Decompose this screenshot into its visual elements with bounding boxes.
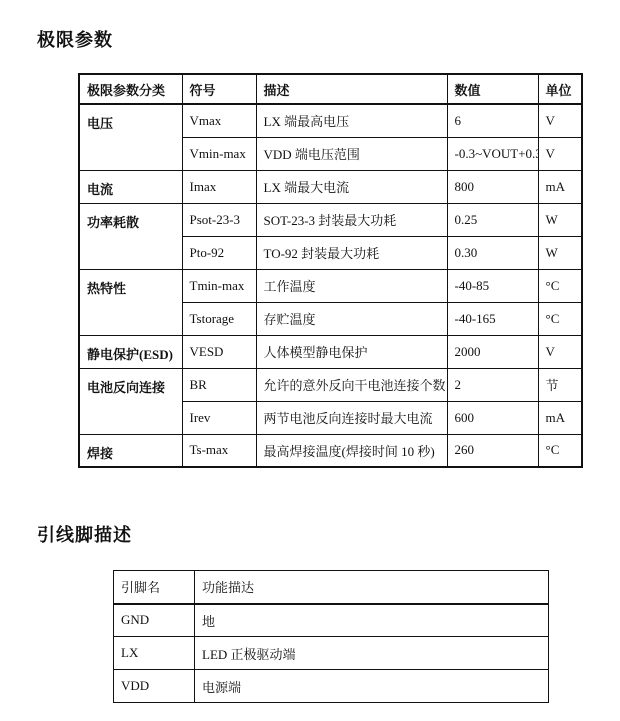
datasheet-page: 极限参数 极限参数分类 符号 描述 数值 单位 电压 Vmax LX 端最高电压… [0,0,620,721]
pin-function-cell: LED 正极驱动端 [195,637,549,670]
value-cell: -40-85 [447,269,538,302]
description-cell: LX 端最大电流 [256,170,447,203]
unit-cell: V [538,335,582,368]
table-row: 电压 Vmax LX 端最高电压 6 V [79,104,582,137]
table-row: 静电保护(ESD) VESD 人体模型静电保护 2000 V [79,335,582,368]
symbol-cell: VESD [182,335,256,368]
pins-table: 引脚名 功能描达 GND 地 LX LED 正极驱动端 VDD 电源端 [113,570,549,703]
value-cell: 2 [447,368,538,401]
category-cell: 焊接 [79,434,182,467]
unit-cell: °C [538,434,582,467]
category-cell: 静电保护(ESD) [79,335,182,368]
description-cell: TO-92 封装最大功耗 [256,236,447,269]
limits-section-title: 极限参数 [37,29,113,51]
value-cell: 2000 [447,335,538,368]
limits-header-description: 描述 [256,74,447,104]
description-cell: 允许的意外反向干电池连接个数 [256,368,447,401]
symbol-cell: Psot-23-3 [182,203,256,236]
unit-cell: W [538,203,582,236]
symbol-cell: BR [182,368,256,401]
pin-function-cell: 地 [195,604,549,637]
description-cell: 存贮温度 [256,302,447,335]
category-cell: 热特性 [79,269,182,335]
symbol-cell: Tstorage [182,302,256,335]
limits-header-category: 极限参数分类 [79,74,182,104]
description-cell: 两节电池反向连接时最大电流 [256,401,447,434]
table-row: LX LED 正极驱动端 [114,637,549,670]
description-cell: 人体模型静电保护 [256,335,447,368]
category-cell: 功率耗散 [79,203,182,269]
value-cell: -0.3~VOUT+0.3 [447,137,538,170]
unit-cell: 节 [538,368,582,401]
description-cell: LX 端最高电压 [256,104,447,137]
unit-cell: °C [538,302,582,335]
category-cell: 电压 [79,104,182,170]
limits-header-unit: 单位 [538,74,582,104]
table-row: 电池反向连接 BR 允许的意外反向干电池连接个数 2 节 [79,368,582,401]
description-cell: 工作温度 [256,269,447,302]
symbol-cell: Pto-92 [182,236,256,269]
value-cell: 6 [447,104,538,137]
value-cell: -40-165 [447,302,538,335]
symbol-cell: Vmin-max [182,137,256,170]
table-row: 热特性 Tmin-max 工作温度 -40-85 °C [79,269,582,302]
value-cell: 800 [447,170,538,203]
value-cell: 260 [447,434,538,467]
description-cell: 最高焊接温度(焊接时间 10 秒) [256,434,447,467]
pin-name-cell: VDD [114,670,195,703]
table-row: GND 地 [114,604,549,637]
description-cell: VDD 端电压范围 [256,137,447,170]
pins-header-row: 引脚名 功能描达 [114,571,549,604]
unit-cell: mA [538,401,582,434]
symbol-cell: Vmax [182,104,256,137]
pins-section-title: 引线脚描述 [37,524,132,546]
unit-cell: W [538,236,582,269]
pins-header-name: 引脚名 [114,571,195,604]
pin-name-cell: GND [114,604,195,637]
pin-name-cell: LX [114,637,195,670]
unit-cell: V [538,137,582,170]
category-cell: 电池反向连接 [79,368,182,434]
pin-function-cell: 电源端 [195,670,549,703]
value-cell: 600 [447,401,538,434]
unit-cell: mA [538,170,582,203]
table-row: 焊接 Ts-max 最高焊接温度(焊接时间 10 秒) 260 °C [79,434,582,467]
symbol-cell: Imax [182,170,256,203]
symbol-cell: Irev [182,401,256,434]
limits-table: 极限参数分类 符号 描述 数值 单位 电压 Vmax LX 端最高电压 6 V … [78,73,583,468]
pins-header-function: 功能描达 [195,571,549,604]
category-cell: 电流 [79,170,182,203]
value-cell: 0.25 [447,203,538,236]
symbol-cell: Tmin-max [182,269,256,302]
table-row: VDD 电源端 [114,670,549,703]
table-row: 电流 Imax LX 端最大电流 800 mA [79,170,582,203]
description-cell: SOT-23-3 封装最大功耗 [256,203,447,236]
symbol-cell: Ts-max [182,434,256,467]
table-row: 功率耗散 Psot-23-3 SOT-23-3 封装最大功耗 0.25 W [79,203,582,236]
unit-cell: V [538,104,582,137]
value-cell: 0.30 [447,236,538,269]
limits-header-value: 数值 [447,74,538,104]
limits-header-row: 极限参数分类 符号 描述 数值 单位 [79,74,582,104]
limits-header-symbol: 符号 [182,74,256,104]
unit-cell: °C [538,269,582,302]
